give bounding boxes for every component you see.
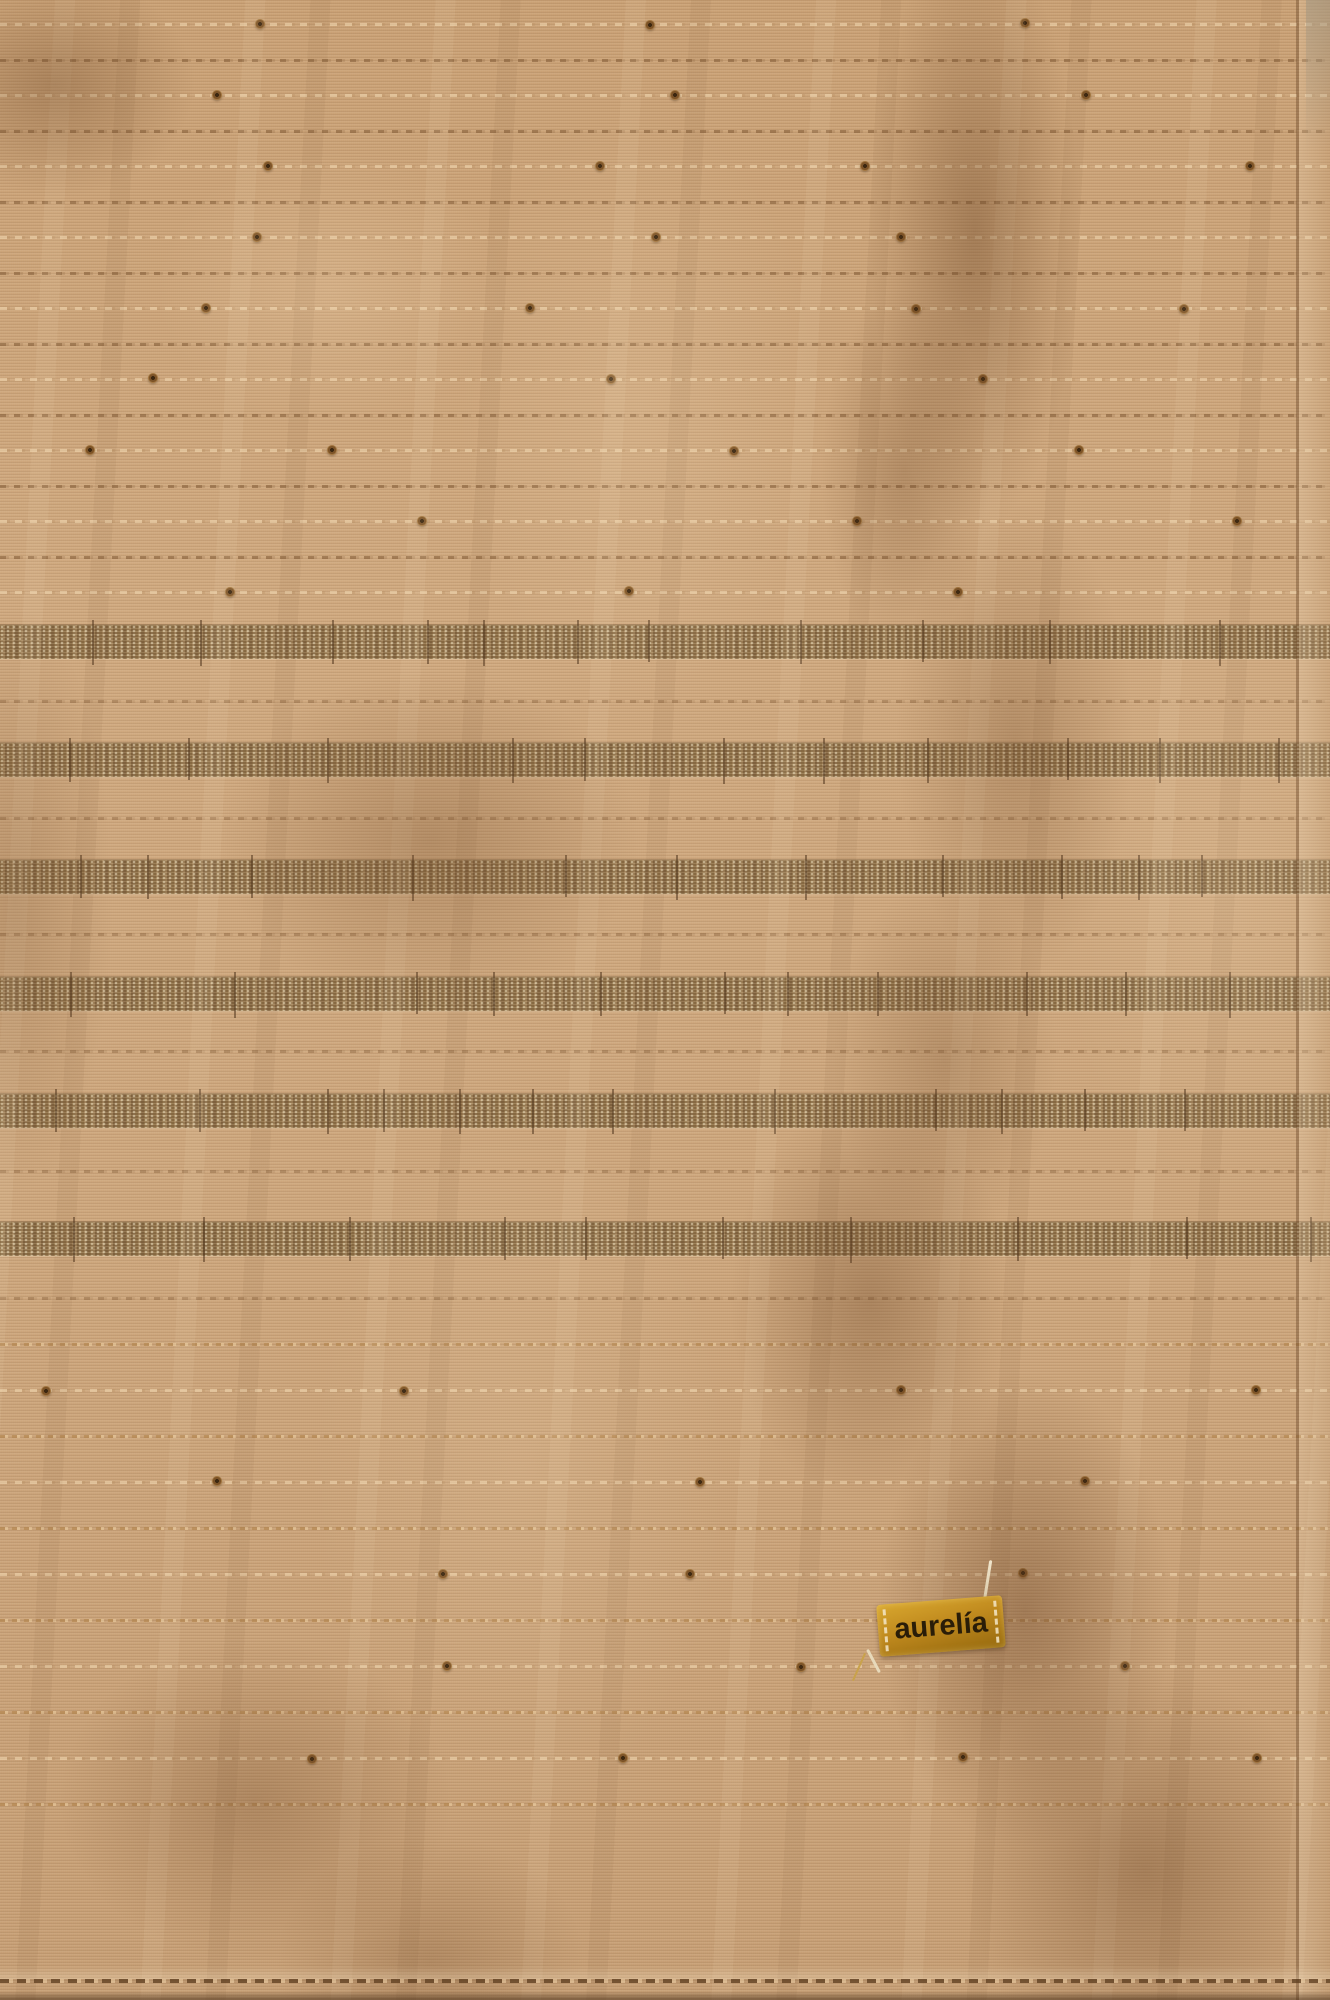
label-stitch-right <box>993 1601 999 1643</box>
product-photo: aurelía <box>0 0 1330 2000</box>
bottom-hem-stitch <box>0 1979 1330 1983</box>
label-stitch-left <box>883 1609 889 1651</box>
fabric-bottom-edge <box>0 1991 1330 2000</box>
fabric-right-edge <box>1299 0 1330 2000</box>
brand-label-text: aurelía <box>893 1606 989 1646</box>
background-sliver <box>1306 0 1330 150</box>
bottom-hem-fold <box>0 1966 1330 1979</box>
fold-shadows <box>0 0 1330 2000</box>
brand-label: aurelía <box>876 1595 1006 1657</box>
